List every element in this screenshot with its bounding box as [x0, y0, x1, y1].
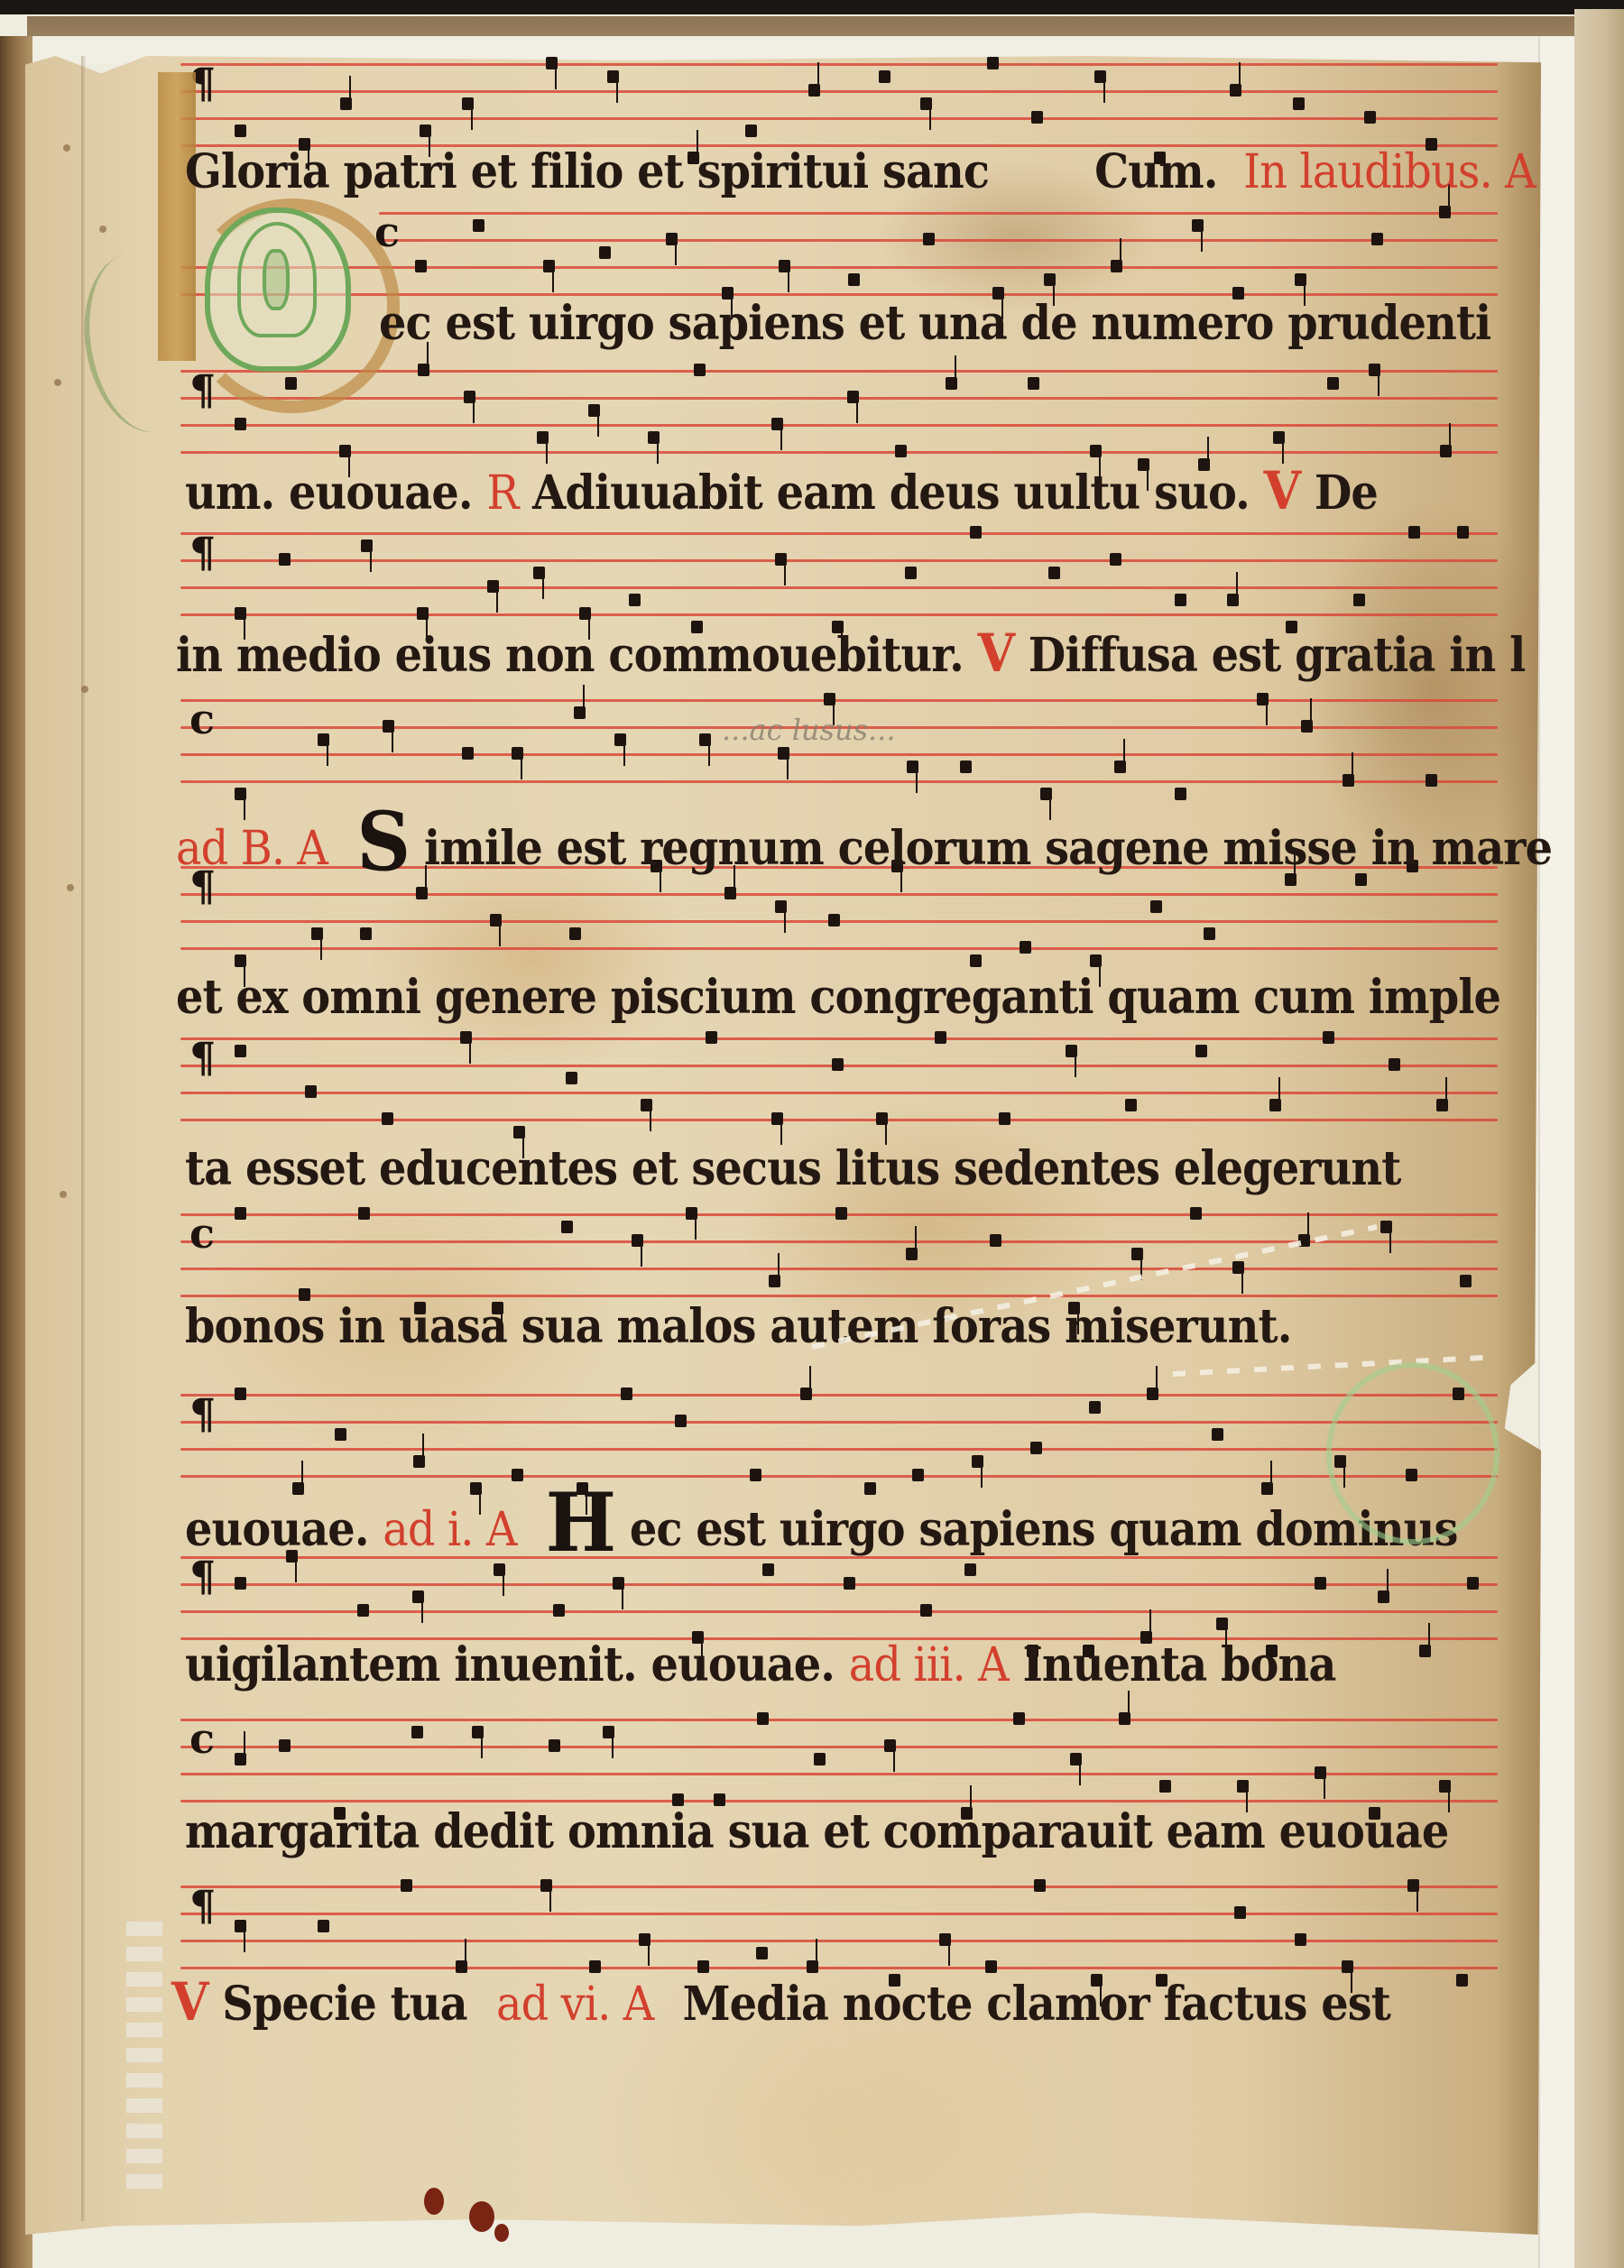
neume-note: [1407, 1879, 1419, 1892]
neume-note: [401, 1879, 412, 1892]
neume-note: [895, 445, 907, 457]
neume-note: [632, 1234, 643, 1247]
neume-note: [1439, 1780, 1451, 1793]
neume-note: [613, 1577, 624, 1590]
staff-line: [180, 1583, 1498, 1586]
neume-note: [906, 1248, 918, 1260]
initial-green-foliage: [205, 207, 351, 372]
neume-note: [588, 404, 600, 417]
neume-note: [235, 954, 246, 967]
staff-line: [180, 451, 1498, 454]
neume-note: [1212, 1428, 1223, 1441]
text-line-1: Gloria patri et filio et spiritui sanc C…: [185, 144, 1536, 217]
neume-note: [1030, 1442, 1042, 1454]
neume-note: [905, 567, 917, 579]
neume-note: [621, 1388, 632, 1400]
neume-note: [537, 431, 549, 444]
neume-note: [462, 97, 474, 110]
text-line-5: ad B. A S imile est regnum celorum sagen…: [176, 794, 1552, 866]
neume-note: [360, 927, 372, 940]
red-stain: [494, 2224, 509, 2242]
neume-note: [569, 927, 581, 940]
neume-note: [1295, 273, 1306, 286]
neume-note: [990, 1234, 1001, 1247]
neume-note: [614, 733, 626, 746]
text-line-10: uigilantem inuenit. euouae. ad iii. A In…: [185, 1637, 1335, 1710]
neume-note: [923, 233, 935, 245]
neume-note: [1090, 445, 1102, 457]
neume-note: [1204, 927, 1215, 940]
neume-note: [462, 747, 474, 760]
neume-note: [1457, 526, 1469, 539]
staff-line: [180, 1421, 1498, 1424]
neume-note: [1034, 1879, 1046, 1892]
staff-line: [180, 117, 1498, 120]
neume-note: [339, 445, 351, 457]
staff-line: [180, 1885, 1498, 1888]
neume-note: [599, 246, 611, 259]
neume-note: [543, 260, 555, 272]
staff-line: [180, 1719, 1498, 1721]
neume-note: [972, 1455, 983, 1468]
text-segment: imile est regnum celorum sagene misse in…: [424, 821, 1552, 876]
staff-line: [180, 1610, 1498, 1613]
neume-note: [1044, 273, 1056, 286]
neume-note: [473, 219, 484, 232]
text-segment: Cum.: [1094, 144, 1217, 199]
text-segment: Specie tua: [222, 1977, 467, 2032]
rubric-segment: ad iii. A: [849, 1638, 1009, 1692]
neume-note: [946, 377, 957, 390]
staff-line: [180, 753, 1498, 756]
neume-note: [1192, 219, 1204, 232]
staff-line: [180, 699, 1498, 702]
green-offset-stain: [1326, 1362, 1499, 1544]
neume-note: [848, 273, 860, 286]
neume-note: [1426, 774, 1437, 787]
text-segment: Diffusa est gratia in l: [1029, 628, 1526, 683]
neume-note: [235, 1753, 246, 1766]
neume-note: [832, 1058, 844, 1071]
neume-note: [494, 1563, 505, 1576]
neume-note: [775, 900, 787, 913]
neume-note: [1436, 1099, 1448, 1111]
neume-note: [420, 124, 431, 137]
neume-note: [1175, 594, 1186, 606]
red-stain: [469, 2201, 494, 2232]
neume-note: [1380, 1221, 1392, 1233]
neume-note: [970, 954, 982, 967]
neume-note: [999, 1112, 1010, 1125]
staff-line: [180, 1448, 1498, 1451]
neume-note: [1315, 1766, 1326, 1779]
text-line-12: V Specie tua ad vi. A Media nocte clamor…: [171, 1971, 1390, 2043]
neume-note: [311, 927, 323, 940]
neume-note: [318, 1920, 329, 1932]
neume-note: [553, 1604, 565, 1617]
text-segment: De: [1315, 466, 1378, 521]
neume-note: [335, 1428, 346, 1441]
text-segment: euouae.: [185, 1502, 369, 1557]
text-line-4: in medio eius non commouebitur. V Diffus…: [176, 622, 1525, 695]
neume-note: [1371, 233, 1383, 245]
neume-note: [318, 733, 329, 746]
neume-note: [1089, 1401, 1101, 1414]
neume-note: [762, 1563, 774, 1576]
neume-note: [382, 1112, 393, 1125]
neume-note: [771, 1112, 783, 1125]
neume-note: [757, 1712, 769, 1725]
neume-note: [800, 1388, 812, 1400]
neume-note: [1020, 941, 1031, 954]
neume-note: [1353, 594, 1365, 606]
clef-icon: ¶: [189, 1881, 216, 1930]
neume-note: [1419, 1645, 1431, 1657]
neume-note: [1364, 111, 1376, 124]
staff-line: [180, 559, 1498, 562]
neume-note: [648, 431, 660, 444]
rubric-segment: In laudibus. A: [1243, 145, 1536, 199]
neume-note: [416, 887, 428, 899]
neume-note: [1315, 1577, 1326, 1590]
capital-s: S: [356, 794, 410, 890]
neume-note: [771, 418, 783, 430]
staff-line: [180, 90, 1498, 93]
text-line-6: et ex omni genere piscium congreganti qu…: [176, 970, 1500, 1042]
neume-note: [235, 1388, 246, 1400]
neume-note: [412, 1590, 424, 1603]
staff-line: [180, 1913, 1498, 1915]
capital-h: H: [546, 1475, 615, 1571]
staff-line: [180, 613, 1498, 616]
neume-note: [1257, 693, 1269, 705]
neume-note: [828, 914, 840, 927]
neume-note: [960, 761, 972, 773]
clef-icon: ¶: [189, 1552, 216, 1600]
neume-note: [235, 607, 246, 620]
neume-note: [1295, 1933, 1306, 1946]
neume-note: [1293, 97, 1305, 110]
neume-note: [235, 1577, 246, 1590]
rubric-segment: ad i. A: [383, 1503, 516, 1557]
neume-note: [779, 260, 790, 272]
text-line-11: margarita dedit omnia sua et comparauit …: [185, 1804, 1448, 1876]
neume-note: [1230, 84, 1241, 97]
neume-note: [1147, 1388, 1158, 1400]
text-segment: Gloria patri et filio et spiritui sanc: [185, 144, 989, 199]
clef-icon: c: [189, 1209, 215, 1258]
neume-note: [876, 1112, 888, 1125]
neume-note: [413, 1455, 425, 1468]
neume-note: [1216, 1618, 1228, 1630]
neume-note: [1343, 774, 1354, 787]
neume-note: [824, 693, 835, 705]
staff-line: [180, 947, 1498, 950]
neume-note: [540, 1879, 552, 1892]
neume-note: [1467, 1577, 1479, 1590]
text-segment: Inuenta bona: [1022, 1637, 1335, 1692]
neume-note: [513, 1126, 525, 1139]
staff-line: [180, 532, 1498, 535]
neume-note: [1150, 900, 1162, 913]
neume-note: [1119, 1712, 1130, 1725]
text-segment: in medio eius non commouebitur.: [176, 628, 964, 683]
neume-note: [472, 1726, 484, 1738]
staff-line: [180, 1800, 1498, 1802]
neume-note: [920, 97, 932, 110]
neume-note: [1456, 1974, 1468, 1987]
staff-line: [180, 586, 1498, 589]
neume-note: [279, 553, 291, 566]
neume-note: [778, 747, 789, 760]
staff-line: [180, 1394, 1498, 1397]
neume-note: [566, 1072, 577, 1084]
neume-note: [383, 720, 394, 733]
neume-note: [1237, 1780, 1249, 1793]
neume-note: [1131, 1248, 1143, 1260]
neume-note: [561, 1221, 573, 1233]
neume-note: [884, 1739, 896, 1752]
neume-note: [1195, 1045, 1207, 1057]
neume-note: [1273, 431, 1285, 444]
neume-note: [533, 567, 545, 579]
neume-note: [512, 747, 523, 760]
neume-note: [279, 1739, 291, 1752]
neume-note: [1227, 594, 1239, 606]
text-line-2: ec est uirgo sapiens et una de numero pr…: [379, 296, 1490, 368]
staff-line: [180, 63, 1498, 66]
neume-note: [1048, 567, 1060, 579]
staff-line: [180, 1773, 1498, 1775]
neume-note: [1013, 1712, 1025, 1725]
staff-line: [379, 239, 1498, 242]
neume-note: [357, 1604, 369, 1617]
clef-icon: c: [189, 695, 215, 743]
neume-note: [1066, 1045, 1077, 1057]
rubric-versicle: V: [171, 1971, 208, 2033]
neume-note: [775, 553, 787, 566]
staff-line: [180, 1967, 1498, 1969]
staff-line: [180, 1295, 1498, 1297]
neume-note: [490, 914, 502, 927]
neume-note: [1090, 954, 1102, 967]
text-line-8: bonos in uasa sua malos autem foras mise…: [185, 1299, 1291, 1371]
neume-note: [1110, 553, 1121, 566]
pencil-annotation: ...ac lusus...: [722, 713, 896, 747]
text-segment: uigilantem inuenit. euouae.: [185, 1637, 835, 1692]
neume-note: [417, 607, 429, 620]
neume-note: [629, 594, 641, 606]
text-segment: et ex omni genere piscium congreganti qu…: [176, 970, 1500, 1025]
text-line-3: um. euouae. R Adiuuabit eam deus uultu s…: [185, 460, 1378, 532]
neume-note: [920, 1604, 932, 1617]
neume-note: [814, 1753, 826, 1766]
neume-note: [415, 260, 427, 272]
neume-note: [724, 887, 736, 899]
neume-note: [305, 1085, 317, 1098]
neume-note: [756, 1947, 768, 1959]
staff-line: [180, 397, 1498, 400]
neume-note: [769, 1275, 780, 1287]
neume-note: [1028, 377, 1039, 390]
neume-note: [964, 1563, 976, 1576]
staff-line: [180, 780, 1498, 783]
neume-note: [235, 418, 246, 430]
neume-note: [745, 124, 757, 137]
neume-note: [574, 706, 586, 719]
repair-stitching-left: [126, 1922, 162, 2192]
neume-note: [235, 1045, 246, 1057]
clef-icon: c: [189, 1714, 215, 1763]
neume-note: [808, 84, 820, 97]
neume-note: [1125, 1099, 1137, 1111]
neume-note: [641, 1099, 652, 1111]
neume-note: [1232, 1261, 1244, 1274]
rubric-responsory: R: [486, 466, 518, 521]
rubric-segment: ad B. A: [176, 822, 328, 876]
neume-note: [1114, 761, 1126, 773]
staff-line: [180, 893, 1498, 896]
neume-note: [361, 539, 373, 552]
neume-note: [411, 1726, 423, 1738]
neume-note: [675, 1415, 687, 1427]
neume-note: [1111, 260, 1122, 272]
text-line-7: ta esset educentes et secus litus sedent…: [185, 1141, 1400, 1213]
neume-note: [844, 1577, 855, 1590]
adjacent-leaf-edge: [1574, 9, 1624, 2268]
neume-note: [639, 1933, 651, 1946]
neume-note: [1460, 1275, 1472, 1287]
text-segment: margarita dedit omnia sua et comparauit …: [185, 1804, 1448, 1859]
neume-note: [699, 733, 711, 746]
neume-note: [1408, 526, 1420, 539]
neume-note: [1094, 70, 1106, 83]
red-stain: [424, 2188, 444, 2215]
neume-note: [907, 761, 918, 773]
text-segment: um. euouae.: [185, 466, 473, 521]
neume-note: [1301, 720, 1313, 733]
text-segment: bonos in uasa sua malos autem foras mise…: [185, 1299, 1291, 1354]
clef-icon: ¶: [189, 528, 216, 576]
rubric-versicle: V: [978, 622, 1014, 684]
rubric-versicle: V: [1264, 460, 1300, 521]
neume-note: [1440, 445, 1452, 457]
neume-note: [487, 580, 499, 593]
guard-paper-right: [1538, 36, 1578, 2268]
neume-note: [1378, 1590, 1389, 1603]
neume-note: [579, 607, 591, 620]
neume-note: [1327, 377, 1339, 390]
staff-line: [180, 1092, 1498, 1094]
staff-line: [180, 1119, 1498, 1121]
text-segment: ec est uirgo sapiens quam dominus: [630, 1502, 1458, 1557]
text-segment: ta esset educentes et secus litus sedent…: [185, 1141, 1400, 1196]
rubric-segment: ad vi. A: [496, 1978, 653, 2032]
neume-note: [1234, 1906, 1246, 1919]
neume-note: [847, 391, 859, 403]
neume-note: [939, 1933, 951, 1946]
neume-note: [235, 1920, 246, 1932]
neume-note: [879, 70, 890, 83]
neume-note: [607, 70, 619, 83]
text-segment: ec est uirgo sapiens et una de numero pr…: [379, 296, 1490, 351]
neume-note: [666, 233, 678, 245]
neume-note: [1070, 1753, 1082, 1766]
text-line-9: euouae. ad i. A H ec est uirgo sapiens q…: [185, 1475, 1458, 1547]
text-segment: Adiuuabit eam deus uultu suo.: [532, 466, 1250, 521]
staff-line: [180, 1268, 1498, 1270]
text-segment: Media nocte clamor factus est: [683, 1977, 1390, 2032]
neume-note: [464, 391, 475, 403]
neume-note: [546, 57, 558, 69]
clef-icon: ¶: [189, 1389, 216, 1438]
neume-note: [1159, 1780, 1171, 1793]
neume-note: [1269, 1099, 1281, 1111]
staff-line: [180, 424, 1498, 427]
staff-line: [180, 1746, 1498, 1748]
leaf-fold-crease: [81, 56, 87, 2221]
neume-note: [1389, 1058, 1400, 1071]
neume-note: [987, 57, 999, 69]
neume-note: [603, 1726, 614, 1738]
neume-note: [1031, 111, 1043, 124]
neume-note: [549, 1739, 560, 1752]
